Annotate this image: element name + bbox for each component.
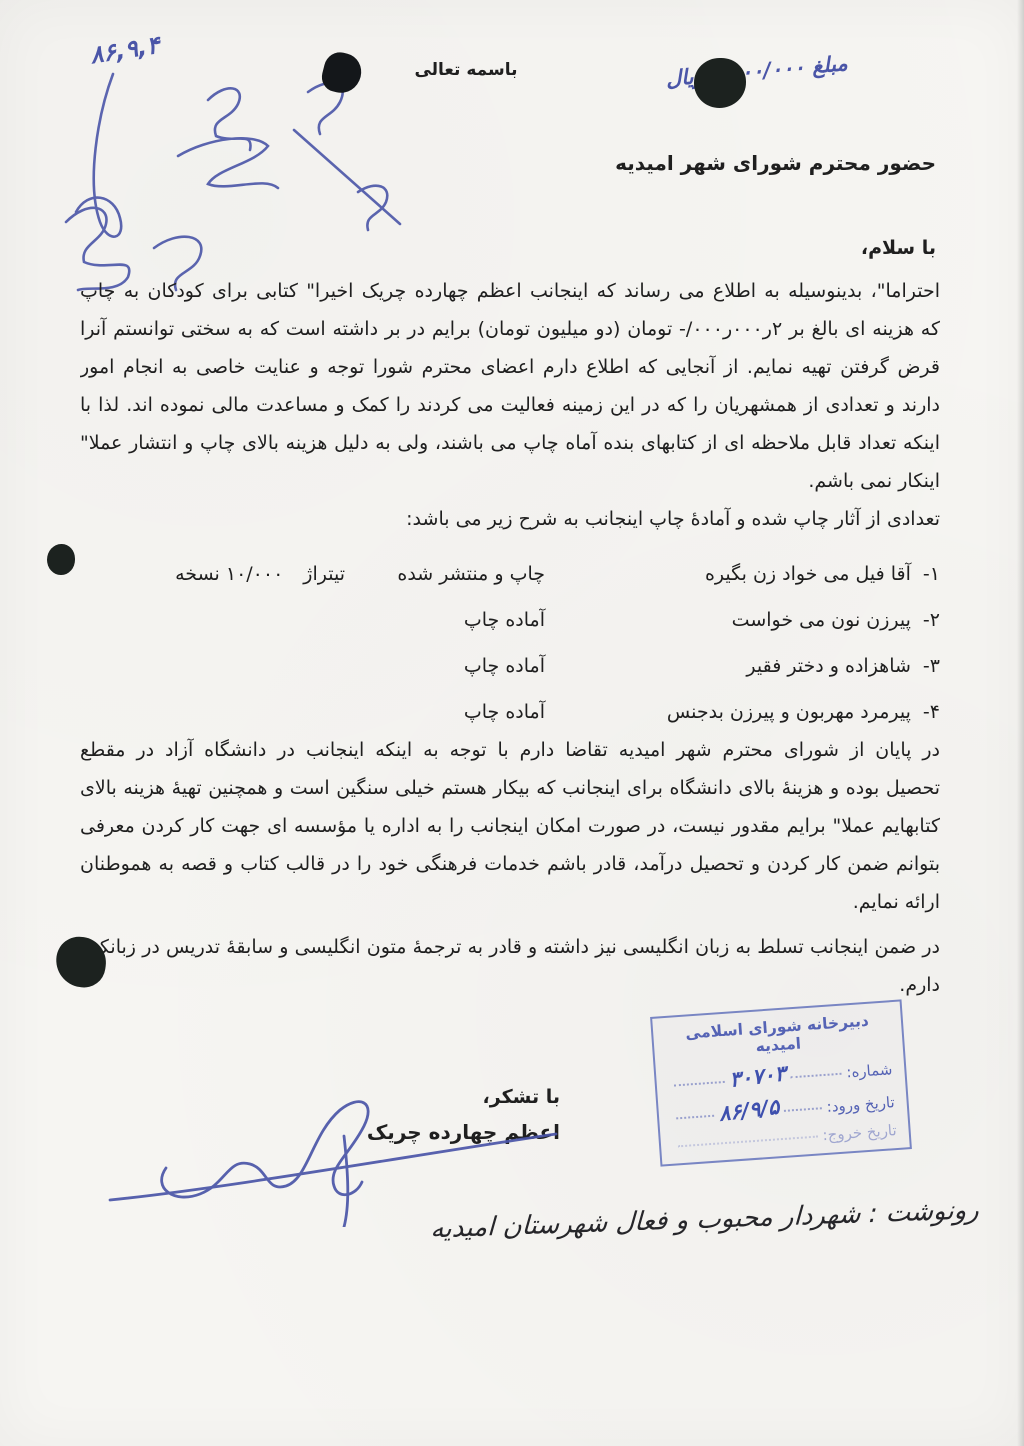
dotted-leader bbox=[784, 1107, 822, 1112]
paragraph-2: در پایان از شورای محترم شهر امیدیه تقاضا… bbox=[80, 731, 940, 921]
handwritten-scribble-top-left bbox=[58, 72, 438, 297]
work-status: چاپ و منتشر شده bbox=[345, 554, 545, 600]
stamp-number-label: شماره: bbox=[846, 1060, 893, 1081]
tirage-label: تیتراژ bbox=[303, 563, 345, 585]
paragraph-line: در ضمن اینجانب تسلط به زبان انگلیسی نیز … bbox=[80, 927, 940, 965]
secretariat-stamp: دبیرخانه شورای اسلامی امیدیه شماره: ۳۰۷۰… bbox=[650, 999, 912, 1166]
dotted-leader bbox=[791, 1073, 842, 1079]
work-number: ۳- bbox=[923, 655, 940, 677]
scanned-letter-page: ۸۶,۹,۴ مبلغ ۵/۰۰۰/۰۰۰ ریال باسمه تعالی ح… bbox=[0, 0, 1024, 1446]
dotted-leader bbox=[676, 1115, 714, 1120]
stamp-title: دبیرخانه شورای اسلامی امیدیه bbox=[665, 1010, 891, 1062]
paragraph-line: اینکه تعداد قابل ملاحظه ای از کتابهای بن… bbox=[80, 424, 940, 462]
stamp-number-row: شماره: ۳۰۷۰۳ bbox=[668, 1055, 893, 1095]
dotted-leader bbox=[678, 1136, 818, 1148]
paragraph-1: احتراما"، بدینوسیله به اطلاع می رساند که… bbox=[80, 272, 940, 500]
paragraph-line: اینکار نمی باشم. bbox=[80, 462, 940, 500]
closing-thanks: با تشکر، bbox=[483, 1086, 560, 1108]
work-tirage bbox=[84, 600, 345, 646]
paragraph-line: بتوانم ضمن کار کردن و تحصیل درآمد، قادر … bbox=[80, 845, 940, 883]
paragraph-3: در ضمن اینجانب تسلط به زبان انگلیسی نیز … bbox=[80, 927, 940, 1005]
paragraph-line: ارائه نمایم. bbox=[80, 883, 940, 921]
work-row: ۲-پیرزن نون می خواست آماده چاپ bbox=[84, 600, 940, 646]
stamp-exit-date-label: تاریخ خروج: bbox=[822, 1121, 897, 1144]
stamp-number-value: ۳۰۷۰۳ bbox=[728, 1061, 787, 1092]
work-number: ۲- bbox=[923, 609, 940, 631]
letter-heading: حضور محترم شورای شهر امیدیه bbox=[615, 151, 936, 175]
work-status: آماده چاپ bbox=[345, 600, 545, 646]
basmala: باسمه تعالی bbox=[0, 60, 978, 80]
stamp-entry-date-row: تاریخ ورود: ۸۶/۹/۵ bbox=[670, 1088, 895, 1128]
work-status: آماده چاپ bbox=[345, 646, 545, 692]
stamp-entry-date-value: ۸۶/۹/۵ bbox=[717, 1095, 780, 1126]
paragraph-line: در پایان از شورای محترم شهر امیدیه تقاضا… bbox=[80, 731, 940, 769]
works-list: ۱-آقا فیل می خواد زن بگیره چاپ و منتشر ش… bbox=[84, 554, 940, 738]
paragraph-line: احتراما"، بدینوسیله به اطلاع می رساند که… bbox=[80, 272, 940, 310]
paragraph-line: دارند و تعدادی از همشهریان را که در این … bbox=[80, 386, 940, 424]
stamp-exit-date-row: تاریخ خروج: bbox=[672, 1121, 897, 1155]
dotted-leader bbox=[674, 1081, 725, 1087]
works-list-intro: تعدادی از آثار چاپ شده و آمادهٔ چاپ اینج… bbox=[406, 508, 940, 530]
paragraph-line: تحصیل بوده و هزینهٔ بالای دانشگاه برای ا… bbox=[80, 769, 940, 807]
work-row: ۱-آقا فیل می خواد زن بگیره چاپ و منتشر ش… bbox=[84, 554, 940, 600]
work-number: ۱- bbox=[923, 563, 940, 585]
paragraph-line: قرض گرفتن تهیه نمایم. از آنجایی که اطلاع… bbox=[80, 348, 940, 386]
work-title: ۲-پیرزن نون می خواست bbox=[545, 600, 940, 646]
work-row: ۳-شاهزاده و دختر فقیر آماده چاپ bbox=[84, 646, 940, 692]
scan-edge-shadow bbox=[1017, 0, 1024, 1446]
work-tirage: تیتراژ۱۰/۰۰۰ نسخه bbox=[84, 554, 345, 600]
work-number: ۴- bbox=[923, 701, 940, 723]
stamp-entry-date-label: تاریخ ورود: bbox=[826, 1093, 895, 1116]
ink-dot-left-margin bbox=[47, 544, 75, 575]
work-title: ۳-شاهزاده و دختر فقیر bbox=[545, 646, 940, 692]
salutation: با سلام، bbox=[861, 237, 936, 259]
paragraph-line: کتابهایم عملا" برایم مقدور نیست، در صورت… bbox=[80, 807, 940, 845]
paragraph-line: دارم. bbox=[80, 965, 940, 1005]
paragraph-line: که هزینه ای بالغ بر ۲ر۰۰۰ر۰۰۰/- تومان (د… bbox=[80, 310, 940, 348]
work-tirage bbox=[84, 646, 345, 692]
handwritten-copy-note: رونوشت : شهردار محبوب و فعال شهرستان امی… bbox=[419, 1195, 980, 1245]
tirage-value: ۱۰/۰۰۰ نسخه bbox=[175, 563, 283, 585]
sender-name: اعظم چهارده چریک bbox=[367, 1120, 560, 1144]
work-title: ۱-آقا فیل می خواد زن بگیره bbox=[545, 554, 940, 600]
